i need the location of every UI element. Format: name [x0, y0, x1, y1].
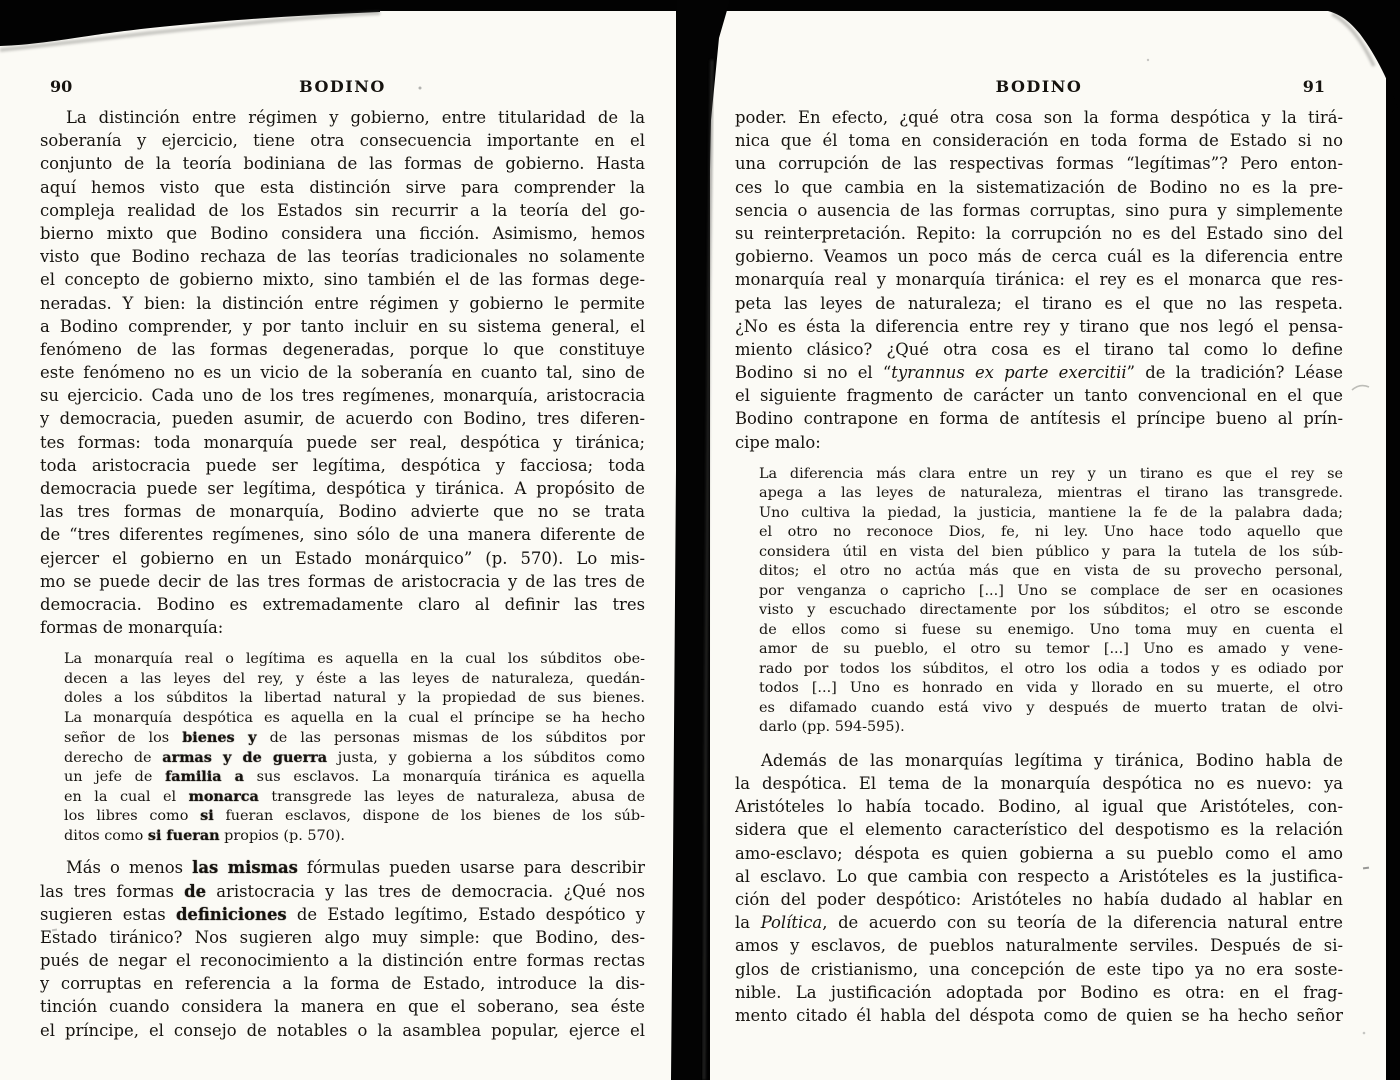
text-line: mo se puede decir de las tres formas de …	[40, 570, 645, 593]
text-line: su reinterpretación. Repito: la corrupci…	[735, 222, 1343, 245]
text-line: Más o menos las mismas fórmulas pueden u…	[40, 856, 645, 879]
text-line: soberanía y ejercicio, tiene otra consec…	[40, 129, 645, 152]
text-line: por venganza o capricho [...] Uno se com…	[759, 582, 1343, 602]
book-scan: 90 BODINO La distinción entre régimen y …	[0, 0, 1400, 1080]
text-line: democracia puede ser legítima, despótica…	[40, 477, 645, 500]
text-line: los libres como si fueran esclavos, disp…	[64, 806, 645, 826]
text-line: es difamado cuando está vivo y después d…	[759, 699, 1343, 719]
text-line: pués de negar el reconocimiento a la dis…	[40, 949, 645, 972]
text-line: sugieren estas definiciones de Estado le…	[40, 903, 645, 926]
text-line: Uno cultiva la piedad, la justicia, mant…	[759, 504, 1343, 524]
text-line: tes formas: toda monarquía puede ser rea…	[40, 431, 645, 454]
page-right: BODINO 91 poder. En efecto, ¿qué otra co…	[710, 0, 1386, 1080]
text-line: La distinción entre régimen y gobierno, …	[40, 106, 645, 129]
text-line: doles a los súbditos la libertad natural…	[64, 689, 645, 709]
text-line: compleja realidad de los Estados sin rec…	[40, 199, 645, 222]
text-line: de ellos como si fuese su enemigo. Uno t…	[759, 621, 1343, 641]
text-line: amo-esclavo; déspota es quien gobierna a…	[735, 842, 1343, 865]
text-line: darlo (pp. 594-595).	[759, 718, 1343, 738]
text-line: y democracia, pueden asumir, de acuerdo …	[40, 407, 645, 430]
text-line: sencia o ausencia de las formas corrupta…	[735, 199, 1343, 222]
text-line: al esclavo. Lo que cambia con respecto a…	[735, 865, 1343, 888]
text-line: visto que Bodino rechaza de las teorías …	[40, 245, 645, 268]
text-line: ¿No es ésta la diferencia entre rey y ti…	[735, 315, 1343, 338]
text-line: cipe malo:	[735, 431, 1343, 454]
scan-right-edge	[1386, 0, 1400, 1080]
paragraph: poder. En efecto, ¿qué otra cosa son la …	[735, 106, 1343, 454]
text-line: poder. En efecto, ¿qué otra cosa son la …	[735, 106, 1343, 129]
text-line: Además de las monarquías legítima y tirá…	[735, 749, 1343, 772]
text-line: derecho de armas y de guerra justa, y go…	[64, 748, 645, 768]
page-left: 90 BODINO La distinción entre régimen y …	[0, 0, 676, 1080]
text-line: de “tres diferentes regímenes, sino sólo…	[40, 523, 645, 546]
text-line: nica que él toma en consideración en tod…	[735, 129, 1343, 152]
page-number-left: 90	[50, 77, 72, 96]
text-line: nible. La justificación adoptada por Bod…	[735, 981, 1343, 1004]
text-line: Aristóteles lo había tocado. Bodino, al …	[735, 795, 1343, 818]
text-line: el otro no reconoce Dios, fe, ni ley. Un…	[759, 523, 1343, 543]
text-line: formas de monarquía:	[40, 616, 645, 639]
text-line: amor de su pueblo, el otro su temor [...…	[759, 640, 1343, 660]
text-line: Bodino si no el “tyrannus ex parte exerc…	[735, 361, 1343, 384]
text-line: el siguiente fragmento de carácter un ta…	[735, 384, 1343, 407]
text-line: señor de los bienes y de las personas mi…	[64, 728, 645, 748]
block-quote: La diferencia más clara entre un rey y u…	[759, 465, 1343, 738]
block-quote: La monarquía real o legítima es aquella …	[64, 650, 645, 845]
text-line: en la cual el monarca transgrede las ley…	[64, 787, 645, 807]
text-line: ces lo que cambia en la sistematización …	[735, 176, 1343, 199]
text-line: bierno mixto que Bodino considera una fi…	[40, 222, 645, 245]
text-line: fenómeno de las formas degeneradas, porq…	[40, 338, 645, 361]
text-line: las tres formas de aristocracia y las tr…	[40, 880, 645, 903]
text-line: tinción cuando considera la manera en qu…	[40, 995, 645, 1018]
text-line: gobierno. Veamos un poco más de cerca cu…	[735, 245, 1343, 268]
running-header-right: BODINO	[735, 77, 1343, 96]
paragraph: Más o menos las mismas fórmulas pueden u…	[40, 856, 645, 1042]
page-header-right: BODINO 91	[735, 77, 1343, 96]
text-line: conjunto de la teoría bodiniana de las f…	[40, 152, 645, 175]
text-line: una corrupción de las respectivas formas…	[735, 152, 1343, 175]
text-line: aquí hemos visto que esta distinción sir…	[40, 176, 645, 199]
text-line: ditos como si fueran propios (p. 570).	[64, 826, 645, 846]
text-line: este fenómeno no es un vicio de la sober…	[40, 361, 645, 384]
text-line: peta las leyes de naturaleza; el tirano …	[735, 292, 1343, 315]
text-line: La monarquía real o legítima es aquella …	[64, 650, 645, 670]
text-line: ejercer el gobierno en un Estado monárqu…	[40, 547, 645, 570]
text-line: miento clásico? ¿Qué otra cosa es el tir…	[735, 338, 1343, 361]
page-body-right: poder. En efecto, ¿qué otra cosa son la …	[735, 106, 1343, 1027]
text-line: democracia. Bodino es extremadamente cla…	[40, 593, 645, 616]
text-line: glos de cristianismo, una concepción de …	[735, 958, 1343, 981]
text-line: las tres formas de monarquía, Bodino adv…	[40, 500, 645, 523]
text-line: decen a las leyes del rey, y éste a las …	[64, 670, 645, 690]
text-line: a Bodino comprender, y por tanto incluir…	[40, 315, 645, 338]
text-line: toda aristocracia puede ser legítima, de…	[40, 454, 645, 477]
text-line: monarquía real y monarquía tiránica: el …	[735, 268, 1343, 291]
page-number-right: 91	[1303, 77, 1325, 96]
page-header-left: 90 BODINO	[40, 77, 645, 96]
text-line: sidera que el elemento característico de…	[735, 818, 1343, 841]
text-line: la Política, de acuerdo con su teoría de…	[735, 911, 1343, 934]
text-line: el concepto de gobierno mixto, sino tamb…	[40, 268, 645, 291]
running-header-left: BODINO	[40, 77, 645, 96]
text-line: la despótica. El tema de la monarquía de…	[735, 772, 1343, 795]
text-line: su ejercicio. Cada uno de los tres regím…	[40, 384, 645, 407]
text-line: ditos; el otro no actúa más que en vista…	[759, 562, 1343, 582]
page-body-left: La distinción entre régimen y gobierno, …	[40, 106, 645, 1042]
text-line: considera útil en vista del bien público…	[759, 543, 1343, 563]
text-line: el príncipe, el consejo de notables o la…	[40, 1019, 645, 1042]
text-line: todos [...] Uno es honrado en vida y llo…	[759, 679, 1343, 699]
text-line: un jefe de familia a sus esclavos. La mo…	[64, 767, 645, 787]
text-line: La monarquía despótica es aquella en la …	[64, 709, 645, 729]
text-line: La diferencia más clara entre un rey y u…	[759, 465, 1343, 485]
paragraph: La distinción entre régimen y gobierno, …	[40, 106, 645, 639]
text-line: neradas. Y bien: la distinción entre rég…	[40, 292, 645, 315]
paragraph: Además de las monarquías legítima y tirá…	[735, 749, 1343, 1027]
text-line: visto y escuchado directamente por los s…	[759, 601, 1343, 621]
text-line: Bodino contrapone en forma de antítesis …	[735, 407, 1343, 430]
text-line: rado por todos los súbditos, el otro los…	[759, 660, 1343, 680]
text-line: amos y esclavos, de pueblos naturalmente…	[735, 934, 1343, 957]
text-line: mento citado él habla del déspota como d…	[735, 1004, 1343, 1027]
text-line: apega a las leyes de naturaleza, mientra…	[759, 484, 1343, 504]
text-line: ción del poder despótico: Aristóteles no…	[735, 888, 1343, 911]
text-line: Estado tiránico? Nos sugieren algo muy s…	[40, 926, 645, 949]
text-line: y corruptas en referencia a la forma de …	[40, 972, 645, 995]
